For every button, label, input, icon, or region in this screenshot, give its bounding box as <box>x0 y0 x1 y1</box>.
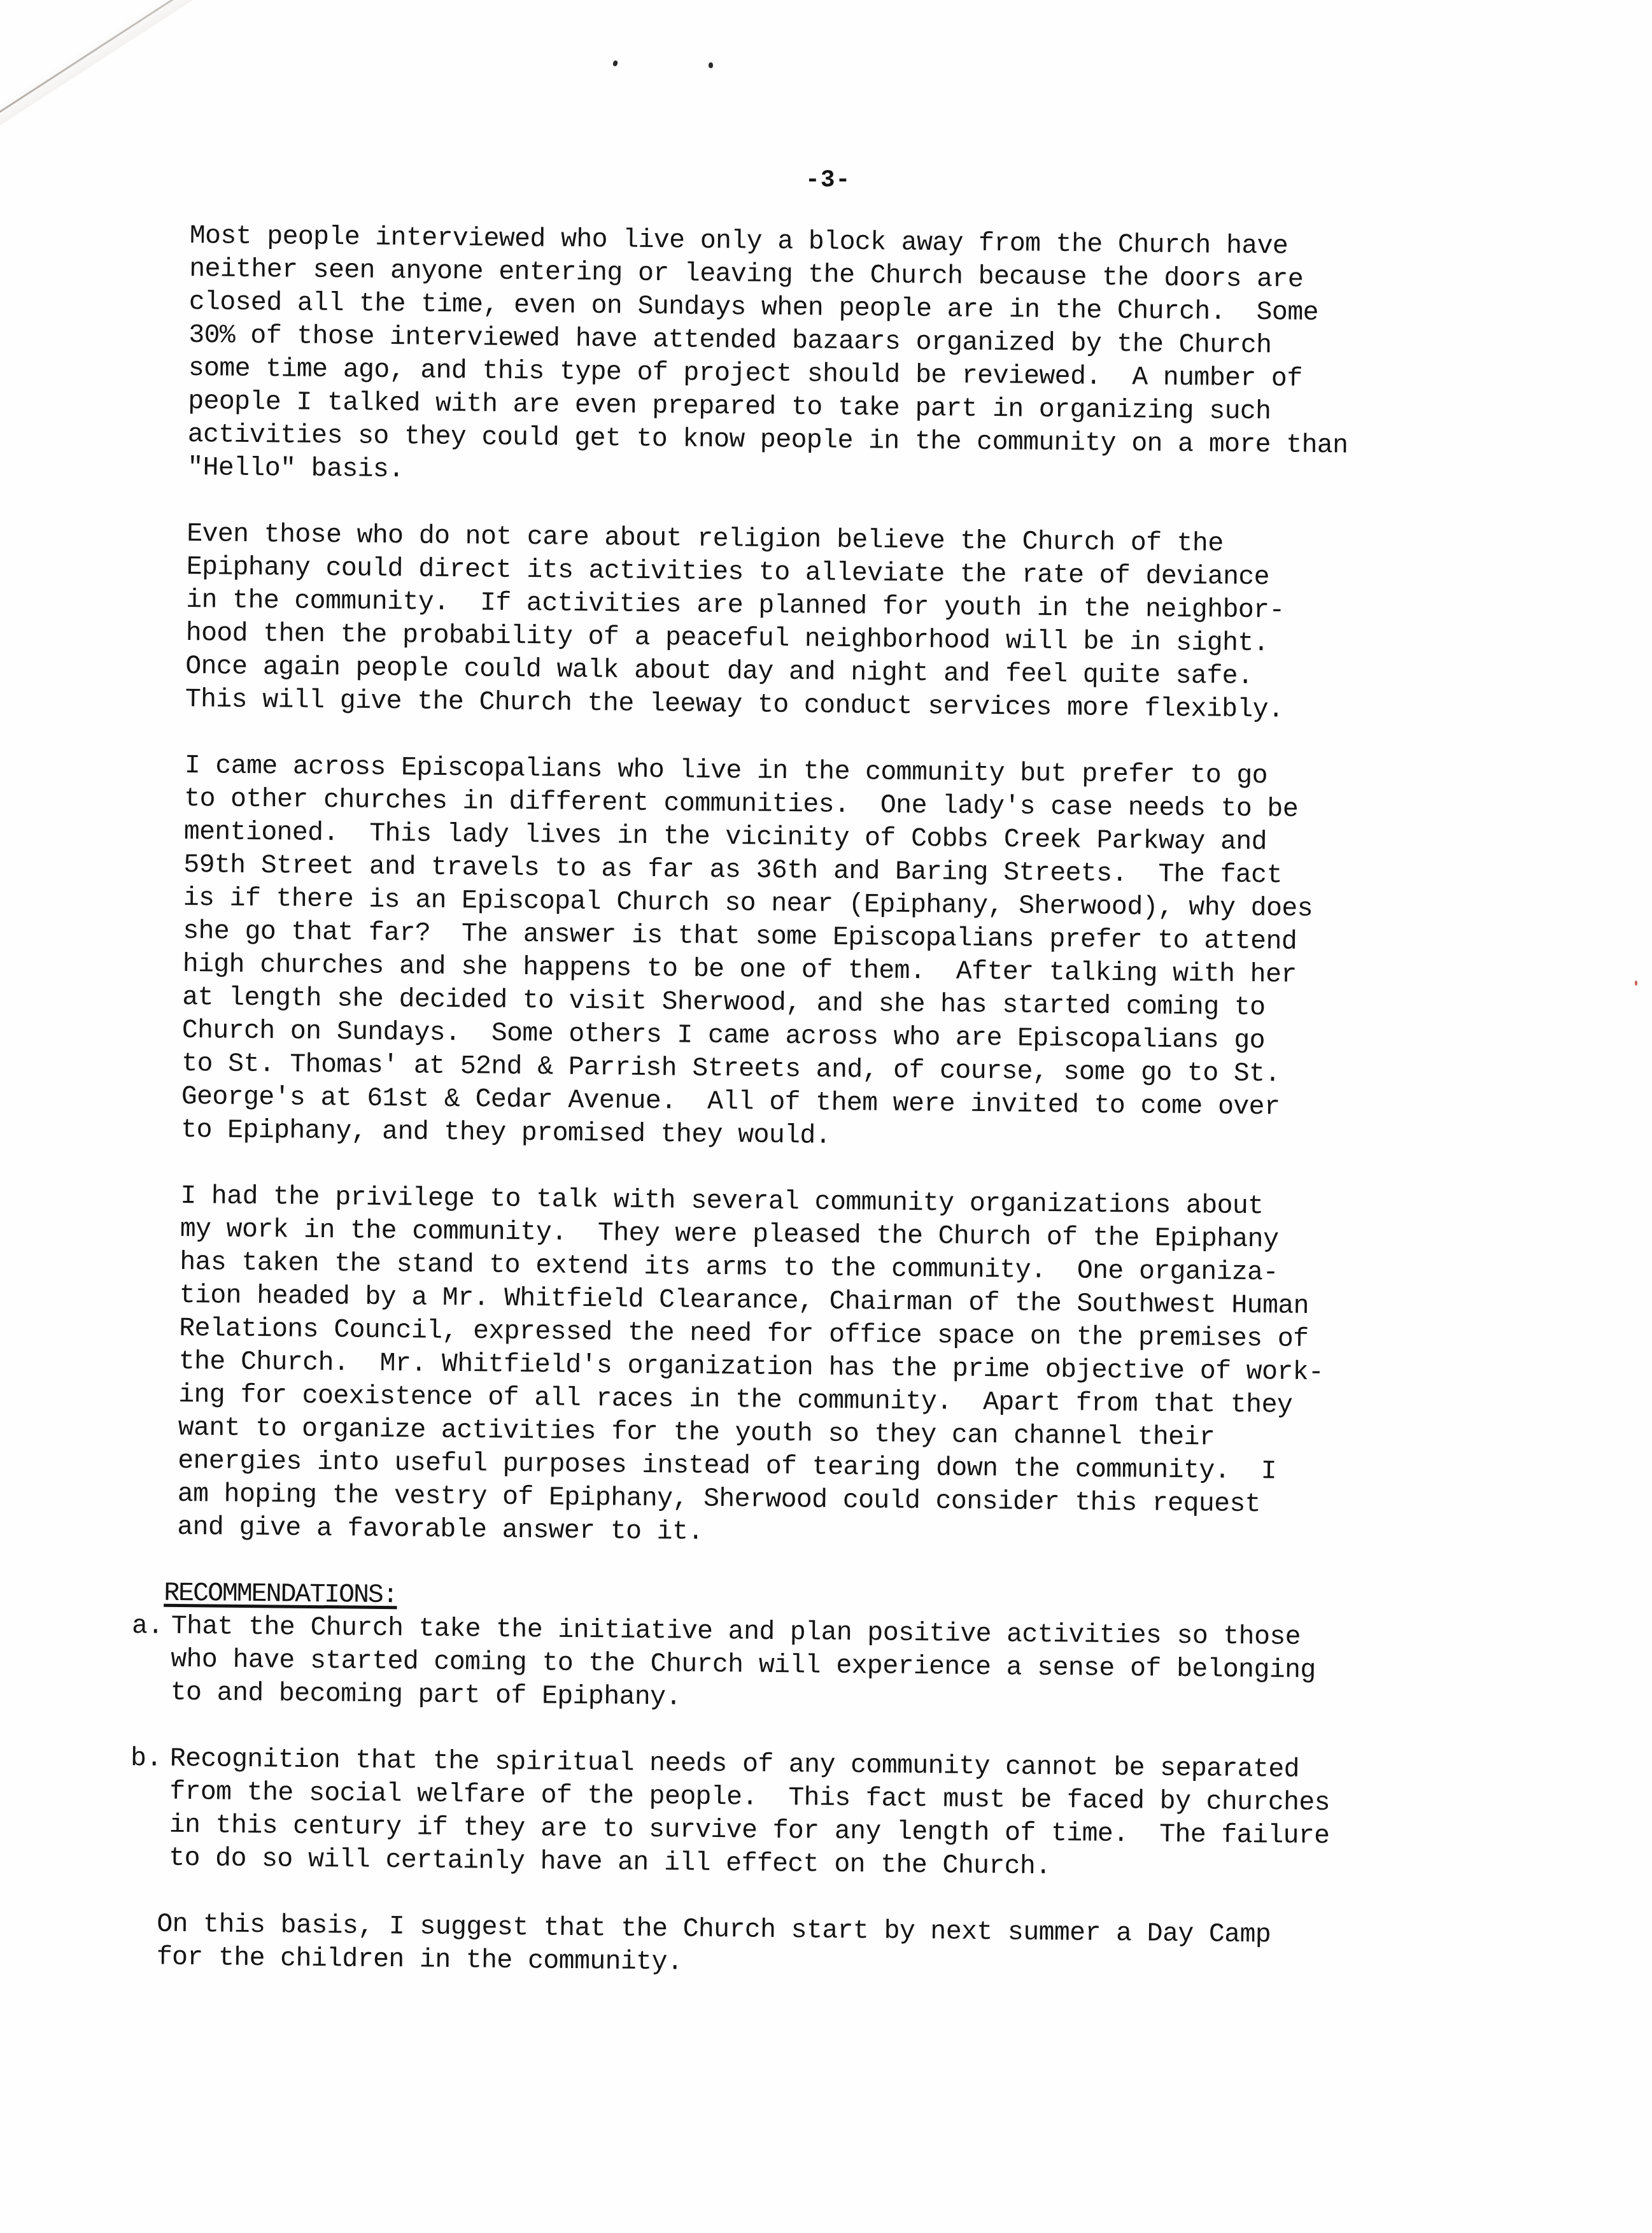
recommendation-item: b. Recognition that the spiritual needs … <box>157 1743 1531 1889</box>
paragraph-interview-findings: Most people interviewed who live only a … <box>187 220 1546 497</box>
recommendation-item: a. That the Church take the initiative a… <box>159 1610 1532 1723</box>
recommendations-section: RECOMMENDATIONS: a. That the Church take… <box>173 1577 1533 1987</box>
closing-suggestion: On this basis, I suggest that the Church… <box>157 1908 1530 1988</box>
ink-speck <box>612 60 619 67</box>
recommendation-text: Recognition that the spiritual needs of … <box>169 1743 1331 1886</box>
page-number: -3- <box>805 167 851 194</box>
ink-speck <box>1635 981 1637 986</box>
list-marker: b. <box>94 1742 170 1875</box>
paper-fold-line <box>0 0 360 129</box>
paragraph-community-deviance: Even those who do not care about religio… <box>185 518 1543 729</box>
paragraph-episcopalians: I came across Episcopalians who live in … <box>181 749 1541 1159</box>
list-marker: a. <box>95 1610 171 1710</box>
document-body: Most people interviewed who live only a … <box>173 220 1546 2020</box>
document-page: -3- Most people interviewed who live onl… <box>0 0 1652 2233</box>
recommendation-text: That the Church take the initiative and … <box>171 1610 1317 1720</box>
paper-fold-shadow <box>0 0 364 139</box>
ink-speck <box>709 62 713 68</box>
paragraph-community-organizations: I had the privilege to talk with several… <box>177 1180 1536 1557</box>
